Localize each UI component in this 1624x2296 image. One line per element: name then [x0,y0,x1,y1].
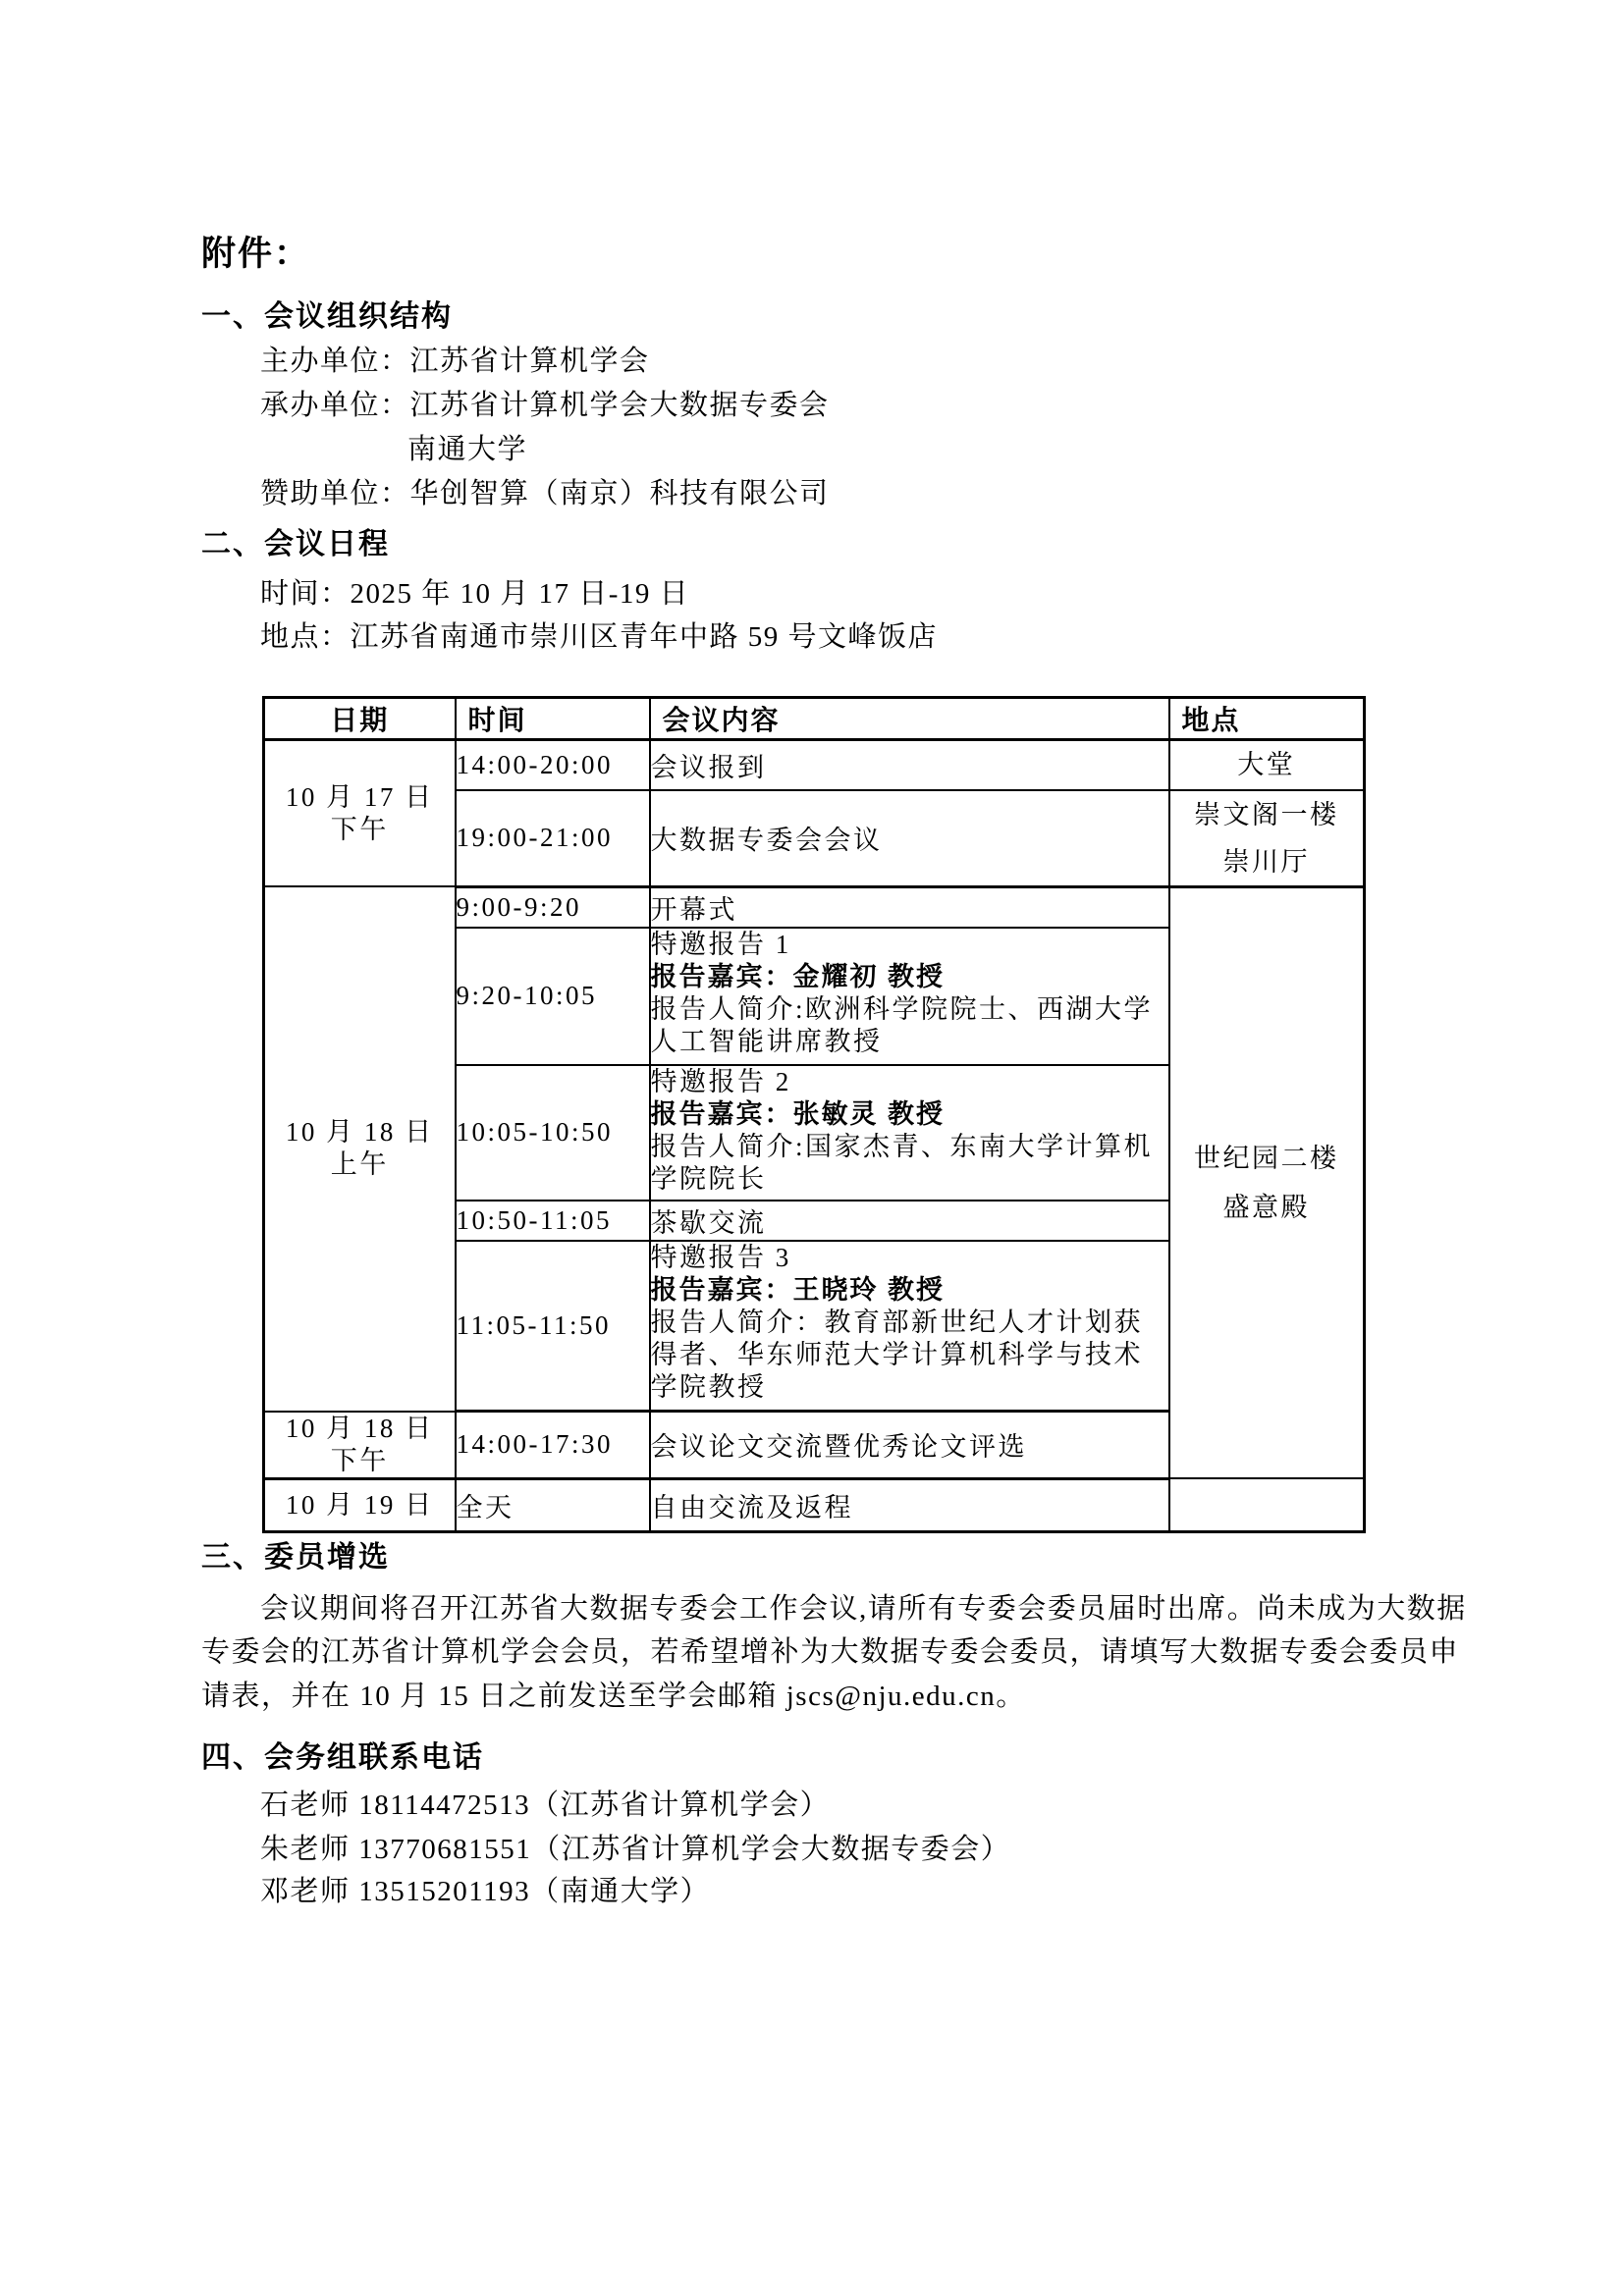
contact-line: 朱老师 13770681551（江苏省计算机学会大数据专委会） [260,1827,1010,1867]
content-cell: 会议论文交流暨优秀论文评选 [650,1412,1169,1479]
location-cell-oct18: 世纪园二楼 盛意殿 [1169,886,1365,1478]
time-cell: 10:50-11:05 [456,1201,650,1241]
bio-line: 报告人简介:欧洲科学院院士、西湖大学 [651,993,1168,1026]
location-line: 崇川厅 [1170,838,1364,885]
content-cell: 开幕式 [650,886,1169,928]
date-line: 10 月 18 日 [265,1116,455,1148]
contact-line: 邓老师 13515201193（南通大学） [260,1869,710,1909]
content-cell: 特邀报告 3 报告嘉宾：王晓玲 教授 报告人简介：教育部新世纪人才计划获 得者、… [650,1241,1169,1412]
location-cell: 大堂 [1169,740,1365,790]
date-line: 10 月 17 日 [265,781,455,814]
committee-paragraph-line: 会议期间将召开江苏省大数据专委会工作会议,请所有专委会委员届时出席。尚未成为大数… [260,1586,1467,1627]
section3-heading: 三、委员增选 [201,1532,390,1575]
time-cell: 9:20-10:05 [456,928,650,1065]
organizer-unit-line: 承办单位：江苏省计算机学会大数据专委会 [260,383,830,423]
conference-time-line: 时间：2025 年 10 月 17 日-19 日 [260,571,689,612]
content-cell: 茶歇交流 [650,1201,1169,1241]
table-row: 10 月 19 日 全天 自由交流及返程 [264,1478,1365,1531]
contact-line: 石老师 18114472513（江苏省计算机学会） [260,1783,830,1823]
sponsor-unit-line: 赞助单位：华创智算（南京）科技有限公司 [260,471,830,511]
conference-venue-line: 地点：江苏省南通市崇川区青年中路 59 号文峰饭店 [260,614,938,655]
talk-title-line: 特邀报告 1 [651,929,1168,961]
content-cell: 自由交流及返程 [650,1478,1169,1531]
date-line: 10 月 18 日 [265,1413,455,1445]
location-cell-empty [1169,1478,1365,1531]
section2-heading: 二、会议日程 [201,519,390,562]
location-line: 崇文阁一楼 [1170,791,1364,838]
location-line: 世纪园二楼 [1170,1134,1364,1183]
host-unit-line: 主办单位：江苏省计算机学会 [260,339,650,379]
bio-line: 得者、华东师范大学计算机科学与技术 [651,1339,1168,1371]
header-content: 会议内容 [650,698,1169,740]
time-cell: 10:05-10:50 [456,1065,650,1201]
table-header-row: 日期 时间 会议内容 地点 [264,698,1365,740]
header-date: 日期 [264,698,456,740]
date-cell-oct18pm: 10 月 18 日 下午 [264,1412,456,1479]
time-cell: 14:00-17:30 [456,1412,650,1479]
date-line: 上午 [265,1148,455,1181]
content-cell: 大数据专委会会议 [650,790,1169,887]
organizer-unit-line2: 南通大学 [407,427,527,467]
header-time: 时间 [456,698,650,740]
time-cell: 19:00-21:00 [456,790,650,887]
date-cell-oct17: 10 月 17 日 下午 [264,740,456,887]
content-cell: 会议报到 [650,740,1169,790]
committee-paragraph-line: 请表，并在 10 月 15 日之前发送至学会邮箱 jscs@nju.edu.cn… [201,1674,1026,1714]
committee-paragraph-line: 专委会的江苏省计算机学会会员，若希望增补为大数据专委会委员，请填写大数据专委会委… [201,1629,1459,1670]
table-row: 10 月 17 日 下午 14:00-20:00 会议报到 大堂 [264,740,1365,790]
date-line: 下午 [265,814,455,846]
time-cell: 14:00-20:00 [456,740,650,790]
bio-line: 报告人简介:国家杰青、东南大学计算机 [651,1131,1168,1163]
section4-heading: 四、会务组联系电话 [201,1733,484,1776]
schedule-table: 日期 时间 会议内容 地点 10 月 17 日 下午 14:00-20:00 会… [262,696,1366,1533]
date-cell-oct18am: 10 月 18 日 上午 [264,886,456,1412]
location-cell: 崇文阁一楼 崇川厅 [1169,790,1365,887]
attachment-title: 附件： [201,227,310,276]
bio-line: 报告人简介：教育部新世纪人才计划获 [651,1307,1168,1339]
time-cell: 全天 [456,1478,650,1531]
table-row: 10 月 18 日 上午 9:00-9:20 开幕式 世纪园二楼 盛意殿 [264,886,1365,928]
bio-line: 人工智能讲席教授 [651,1026,1168,1058]
talk-title-line: 特邀报告 2 [651,1066,1168,1098]
speaker-line: 报告嘉宾：金耀初 教授 [651,961,1168,993]
speaker-line: 报告嘉宾：张敏灵 教授 [651,1098,1168,1131]
section1-heading: 一、会议组织结构 [201,292,453,335]
time-cell: 9:00-9:20 [456,886,650,928]
document-page: 附件： 一、会议组织结构 主办单位：江苏省计算机学会 承办单位：江苏省计算机学会… [0,0,1624,2296]
bio-line: 学院院长 [651,1163,1168,1196]
location-line: 盛意殿 [1170,1183,1364,1232]
date-line: 下午 [265,1445,455,1477]
header-location: 地点 [1169,698,1365,740]
content-cell: 特邀报告 1 报告嘉宾：金耀初 教授 报告人简介:欧洲科学院院士、西湖大学 人工… [650,928,1169,1065]
content-cell: 特邀报告 2 报告嘉宾：张敏灵 教授 报告人简介:国家杰青、东南大学计算机 学院… [650,1065,1169,1201]
talk-title-line: 特邀报告 3 [651,1242,1168,1274]
time-cell: 11:05-11:50 [456,1241,650,1412]
bio-line: 学院教授 [651,1371,1168,1404]
date-cell-oct19: 10 月 19 日 [264,1478,456,1531]
speaker-line: 报告嘉宾：王晓玲 教授 [651,1274,1168,1307]
